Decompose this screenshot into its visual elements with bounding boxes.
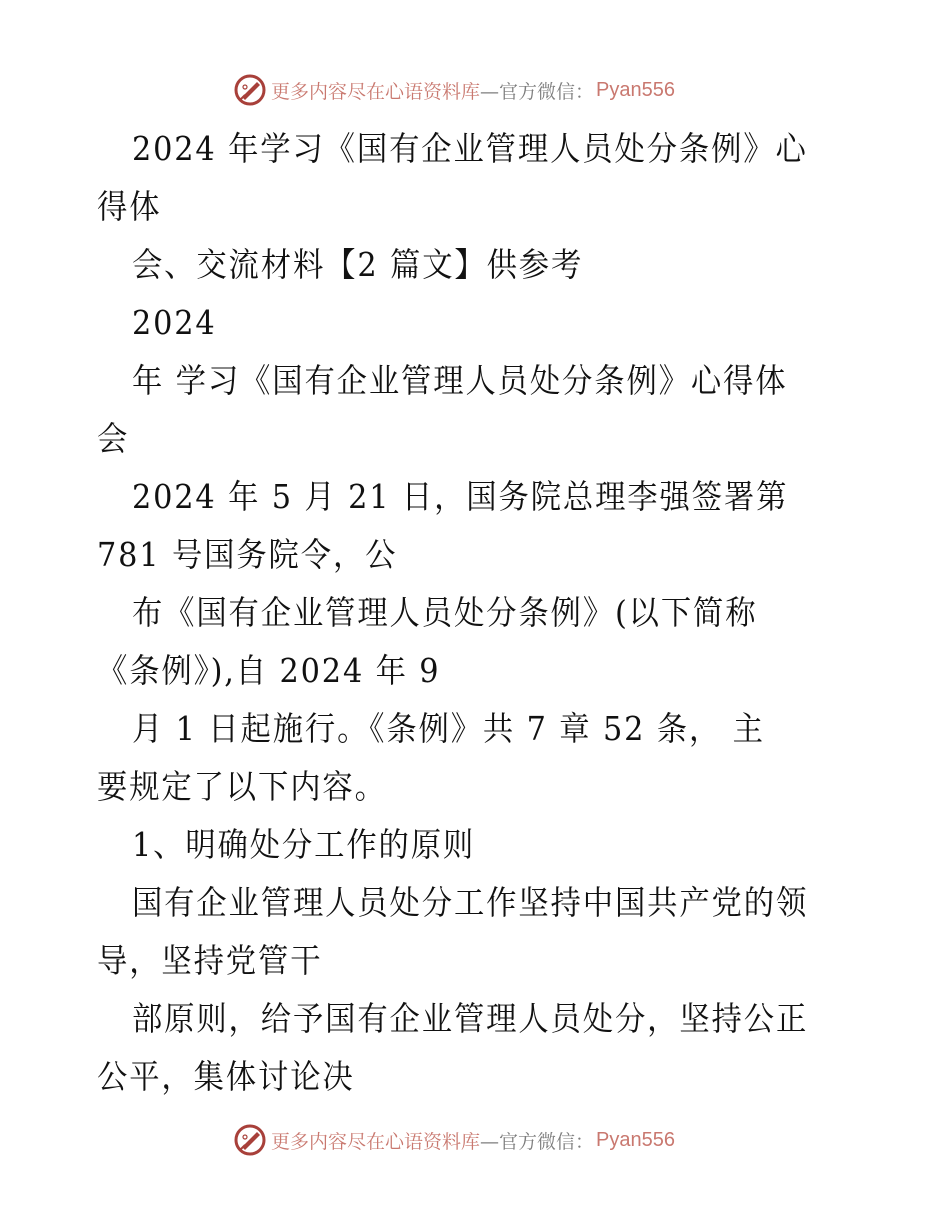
doc-line-paragraph: 要规定了以下内容。	[97, 758, 796, 816]
watermark-wechat-id: Pyan556	[596, 1129, 675, 1152]
doc-line-paragraph: 月 1 日起施行。《条例》共 7 章 52 条， 主	[97, 700, 796, 758]
watermark-wechat-id: Pyan556	[596, 79, 675, 102]
watermark-separator: —官方微信：	[480, 77, 594, 104]
footer-watermark: 更多内容尽在心语资料库 —官方微信： Pyan556	[233, 1120, 675, 1160]
doc-line-paragraph: 布《国有企业管理人员处分条例》(以下简称	[97, 584, 796, 642]
doc-line-paragraph: 国有企业管理人员处分工作坚持中国共产党的领	[97, 874, 796, 932]
doc-line-title-3: 会、交流材料【2 篇文】供参考	[97, 236, 796, 294]
doc-line-title-2: 得体	[97, 178, 796, 236]
doc-line-subtitle-2: 会	[97, 410, 796, 468]
doc-line-title-1: 2024 年学习《国有企业管理人员处分条例》心	[97, 120, 796, 178]
doc-line-subtitle-year: 2024	[97, 294, 796, 352]
document-body: 2024 年学习《国有企业管理人员处分条例》心 得体 会、交流材料【2 篇文】供…	[97, 120, 857, 1106]
doc-line-paragraph: 部原则，给予国有企业管理人员处分，坚持公正	[97, 990, 796, 1048]
quill-pen-logo-icon	[233, 1123, 267, 1157]
header-watermark: 更多内容尽在心语资料库 —官方微信： Pyan556	[233, 70, 675, 110]
doc-line-paragraph: 《条例》),自 2024 年 9	[97, 642, 796, 700]
doc-line-paragraph: 2024 年 5 月 21 日，国务院总理李强签署第	[97, 468, 796, 526]
doc-line-subtitle-1: 年 学习《国有企业管理人员处分条例》心得体	[97, 352, 796, 410]
quill-pen-logo-icon	[233, 73, 267, 107]
watermark-separator: —官方微信：	[480, 1127, 594, 1154]
doc-line-paragraph: 公平，集体讨论决	[97, 1048, 796, 1106]
doc-line-paragraph: 导，坚持党管干	[97, 932, 796, 990]
doc-line-section-heading: 1、明确处分工作的原则	[97, 816, 796, 874]
watermark-site-name: 更多内容尽在心语资料库	[271, 77, 480, 104]
watermark-site-name: 更多内容尽在心语资料库	[271, 1127, 480, 1154]
doc-line-paragraph: 781 号国务院令，公	[97, 526, 796, 584]
